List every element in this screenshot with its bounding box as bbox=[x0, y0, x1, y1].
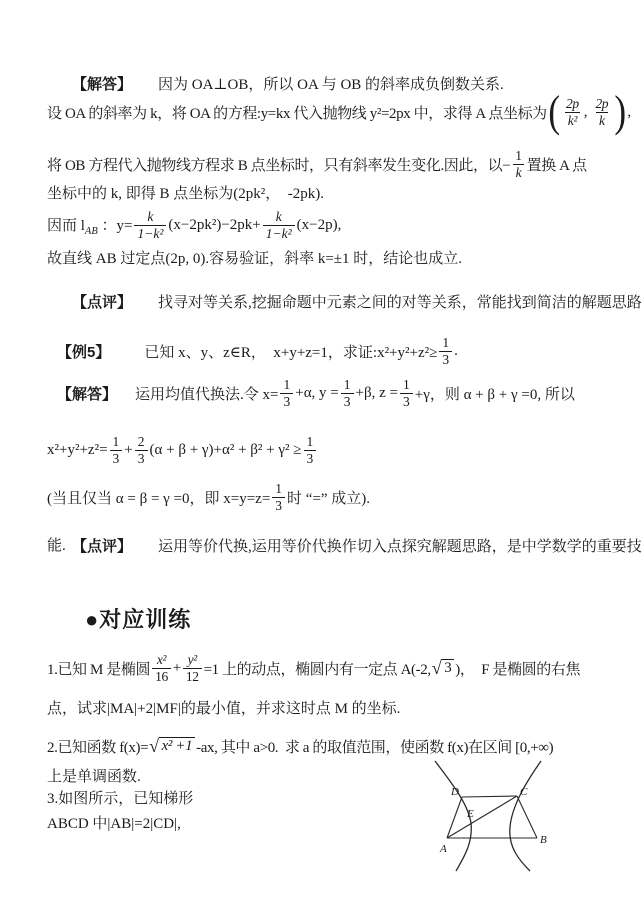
sqrt-3: √3 bbox=[432, 659, 455, 678]
right-paren: ) bbox=[615, 90, 626, 134]
exercise2-s1: 2.已知函数 f(x)= bbox=[47, 736, 148, 757]
left-paren: ( bbox=[548, 90, 559, 134]
solution1-line2: 设 OA 的斜率为 k，将 OA 的方程:y=kx 代入抛物线 y²=2px 中… bbox=[47, 88, 631, 136]
fraction-y-third: 13 bbox=[341, 377, 354, 409]
formula-plus: + bbox=[124, 442, 132, 459]
solution2-line: 【解答】 运用均值代换法.令 x= 13 +α, y = 13 +β, z = … bbox=[57, 373, 575, 413]
solution1-line6: 故直线 AB 过定点(2p, 0).容易验证，斜率 k=±1 时，结论也成立. bbox=[47, 249, 462, 270]
exercise1-plus: + bbox=[173, 660, 181, 677]
solution1-line3: 将 OB 方程代入抛物线方程求 B 点坐标时，只有斜率发生变化.因此，以− 1k… bbox=[47, 145, 587, 183]
diagonal-AC bbox=[447, 796, 517, 838]
side-DC bbox=[462, 796, 517, 797]
side-AD bbox=[447, 797, 462, 838]
label-D: D bbox=[450, 786, 459, 798]
condition-s1: (当且仅当 α = β = γ =0，即 x=y=z= bbox=[47, 487, 270, 508]
training-section-heading: ●对应训练 bbox=[85, 603, 191, 634]
fraction-separator: , bbox=[584, 104, 591, 121]
fraction-k-1mk2-b: k1−k² bbox=[263, 209, 295, 241]
equality-condition-line: (当且仅当 α = β = γ =0，即 x=y=z= 13 时 “=” 成立)… bbox=[47, 477, 370, 517]
solution2-s2: +α, y = bbox=[295, 385, 339, 402]
solution1-line4: 坐标中的 k, 即得 B 点坐标为(2pk²， -2pk). bbox=[47, 184, 324, 205]
line5-pre: 因而 lAB ：y= bbox=[47, 214, 132, 237]
line2-trailing-comma: , bbox=[627, 104, 630, 121]
comment2-text: 运用等价代换,运用等价代换作切入点探究解题思路，是中学数学的重要技 bbox=[158, 539, 642, 555]
fraction-y2-12: y²12 bbox=[183, 652, 202, 684]
comment1-text: 找寻对等关系,挖掘命题中元素之间的对等关系，常能找到简洁的解题思路. bbox=[158, 295, 642, 311]
fraction-two-thirds: 23 bbox=[135, 434, 148, 466]
exercise1-s1: 1.已知 M 是椭圆 bbox=[47, 658, 150, 679]
example5-text: 已知 x、y、z∈R， x+y+z=1，求证:x²+y²+z²≥ bbox=[144, 341, 437, 362]
solution2-label: 【解答】 bbox=[57, 383, 117, 404]
exercise1-line2: 点，试求|MA|+2|MF|的最小值，并求这时点 M 的坐标. bbox=[47, 699, 400, 720]
figure-trapezoid-hyperbola: A B C D E bbox=[400, 753, 642, 905]
label-E: E bbox=[466, 808, 474, 820]
fraction-1-k: 1k bbox=[512, 148, 524, 180]
fraction-one-third-c: 13 bbox=[272, 481, 285, 513]
sqrt-x2-plus-1: √x² +1 bbox=[149, 737, 195, 756]
fraction-1-3: 13 bbox=[439, 335, 452, 367]
example5-period: . bbox=[454, 343, 458, 360]
label-C: C bbox=[520, 786, 528, 798]
label-A: A bbox=[439, 843, 447, 855]
solution1-line5: 因而 lAB ：y= k1−k² (x−2pk²)−2pk+ k1−k² (x−… bbox=[47, 203, 341, 247]
fraction-one-third-a: 13 bbox=[110, 434, 123, 466]
condition-s2: 时 “=” 成立). bbox=[287, 487, 370, 508]
fraction-2p-k2: 2pk² bbox=[563, 96, 582, 128]
exercise3-line1: 3.如图所示，已知梯形 bbox=[47, 789, 193, 810]
fraction-x2-16: x²16 bbox=[152, 652, 171, 684]
solution2-s4: +γ，则 α + β + γ =0, 所以 bbox=[415, 383, 575, 404]
line5-mid-term: (x−2pk²)−2pk+ bbox=[168, 217, 260, 234]
lab-subscript: AB bbox=[85, 226, 98, 237]
line5-end-term: (x−2p), bbox=[297, 217, 342, 234]
fraction-k-1mk2-a: k1−k² bbox=[134, 209, 166, 241]
training-heading-text: 对应训练 bbox=[99, 607, 191, 632]
comment2-line1: 【点评】运用等价代换,运用等价代换作切入点探究解题思路，是中学数学的重要技 bbox=[57, 515, 642, 579]
example5-label: 【例5】 bbox=[57, 341, 110, 362]
exercise1-s3: =1 上的动点，椭圆内有一定点 A(-2, bbox=[204, 658, 431, 679]
exercise3-line2: ABCD 中|AB|=2|CD|, bbox=[47, 814, 181, 835]
fraction-x-third: 13 bbox=[280, 377, 293, 409]
formula-line: x²+y²+z²= 13 + 23 (α + β + γ)+α² + β² + … bbox=[47, 427, 318, 473]
fraction-z-third: 13 bbox=[400, 377, 413, 409]
hyperbola-right-branch bbox=[510, 761, 541, 871]
label-B: B bbox=[540, 834, 547, 846]
exercise2-line2: 上是单调函数. bbox=[47, 767, 141, 788]
fraction-one-third-b: 13 bbox=[304, 434, 317, 466]
exercise1-line1: 1.已知 M 是椭圆 x²16 + y²12 =1 上的动点，椭圆内有一定点 A… bbox=[47, 644, 580, 692]
formula-middle: (α + β + γ)+α² + β² + γ² ≥ bbox=[150, 442, 302, 459]
comment1-label: 【点评】 bbox=[72, 294, 132, 311]
line3-text-post: 置换 A 点 bbox=[527, 154, 587, 175]
comment2-label: 【点评】 bbox=[72, 538, 132, 555]
solution2-s3: +β, z = bbox=[356, 385, 398, 402]
line2-text: 设 OA 的斜率为 k，将 OA 的方程:y=kx 代入抛物线 y²=2px 中… bbox=[47, 102, 547, 123]
formula-lhs: x²+y²+z²= bbox=[47, 442, 108, 459]
example5-line: 【例5】 已知 x、y、z∈R， x+y+z=1，求证:x²+y²+z²≥ 13… bbox=[57, 331, 458, 371]
side-BC bbox=[517, 796, 537, 838]
comment2-line2: 能. bbox=[47, 536, 66, 557]
exercise1-s4: )， F 是椭圆的右焦 bbox=[455, 658, 580, 679]
solution2-s1: 运用均值代换法.令 x= bbox=[135, 383, 278, 404]
fraction-2p-k: 2pk bbox=[592, 96, 611, 128]
document-page: 【解答】因为 OA⊥OB，所以 OA 与 OB 的斜率成负倒数关系. 设 OA … bbox=[0, 0, 642, 907]
comment1-line: 【点评】找寻对等关系,挖掘命题中元素之间的对等关系，常能找到简洁的解题思路. bbox=[57, 271, 642, 335]
bullet-icon: ● bbox=[85, 607, 99, 632]
line3-text: 将 OB 方程代入抛物线方程求 B 点坐标时，只有斜率发生变化.因此，以− bbox=[47, 154, 510, 175]
